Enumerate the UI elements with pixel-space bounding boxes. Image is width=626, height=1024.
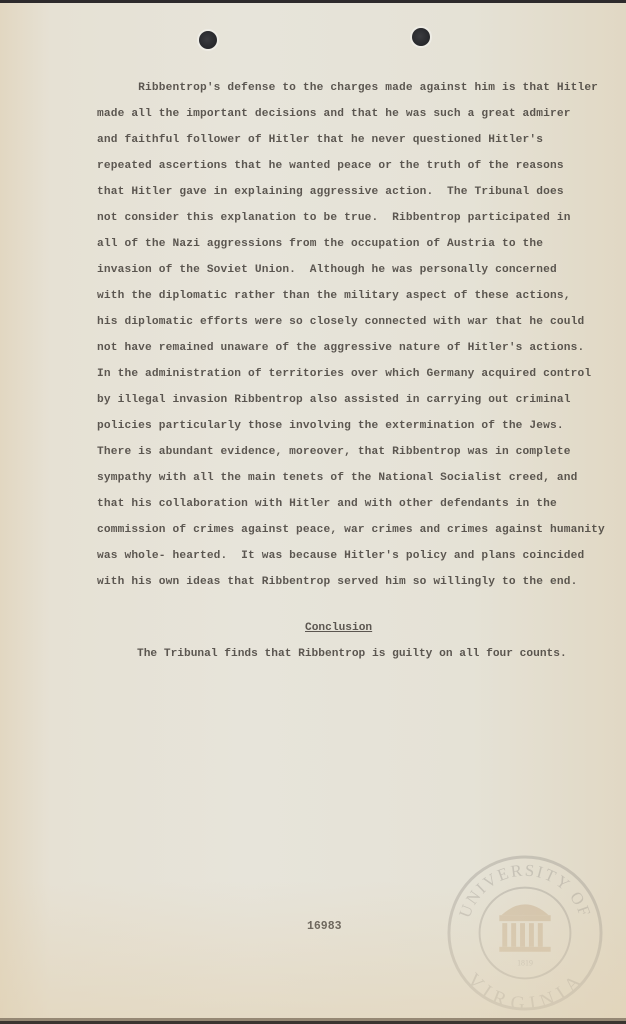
seal-year: 1819 [517,959,533,968]
paragraph-line: not consider this explanation to be true… [97,212,571,224]
paragraph-line: by illegal invasion Ribbentrop also assi… [97,394,571,406]
page-number: 16983 [307,920,342,933]
paragraph-line: There is abundant evidence, moreover, th… [97,446,571,458]
paragraph-line: with the diplomatic rather than the mili… [97,290,571,302]
paragraph-line: made all the important decisions and tha… [97,108,571,120]
paragraph-line: his diplomatic efforts were so closely c… [97,316,584,328]
document-page: Ribbentrop's defense to the charges made… [0,3,626,1021]
paragraph-line: repeated ascertions that he wanted peace… [97,160,564,172]
section-heading-conclusion: Conclusion [305,622,372,634]
punch-hole-right [412,28,430,46]
conclusion-text: The Tribunal finds that Ribbentrop is gu… [137,648,567,660]
paragraph-line: and faithful follower of Hitler that he … [97,134,543,146]
paragraph-line: with his own ideas that Ribbentrop serve… [97,576,577,588]
paragraph-line: In the administration of territories ove… [97,368,591,380]
svg-text:VIRGINIA: VIRGINIA [462,969,587,1012]
paragraph-line: was whole- hearted. It was because Hitle… [97,550,584,562]
paragraph-line: that Hitler gave in explaining aggressiv… [97,186,564,198]
university-seal-watermark-icon: UNIVERSITY OF VIRGINIA 1819 [446,854,604,1012]
paragraph-line: commission of crimes against peace, war … [97,524,605,536]
paragraph-line: that his collaboration with Hitler and w… [97,498,557,510]
punch-hole-left [199,31,217,49]
paragraph-line: sympathy with all the main tenets of the… [97,472,577,484]
paragraph-line: policies particularly those involving th… [97,420,564,432]
seal-bottom-text: VIRGINIA [462,969,587,1012]
paragraph-line: not have remained unaware of the aggress… [97,342,584,354]
scan-bottom-edge [0,1018,626,1021]
paragraph-line: Ribbentrop's defense to the charges made… [97,82,598,94]
paragraph-line: invasion of the Soviet Union. Although h… [97,264,557,276]
paragraph-line: all of the Nazi aggressions from the occ… [97,238,543,250]
